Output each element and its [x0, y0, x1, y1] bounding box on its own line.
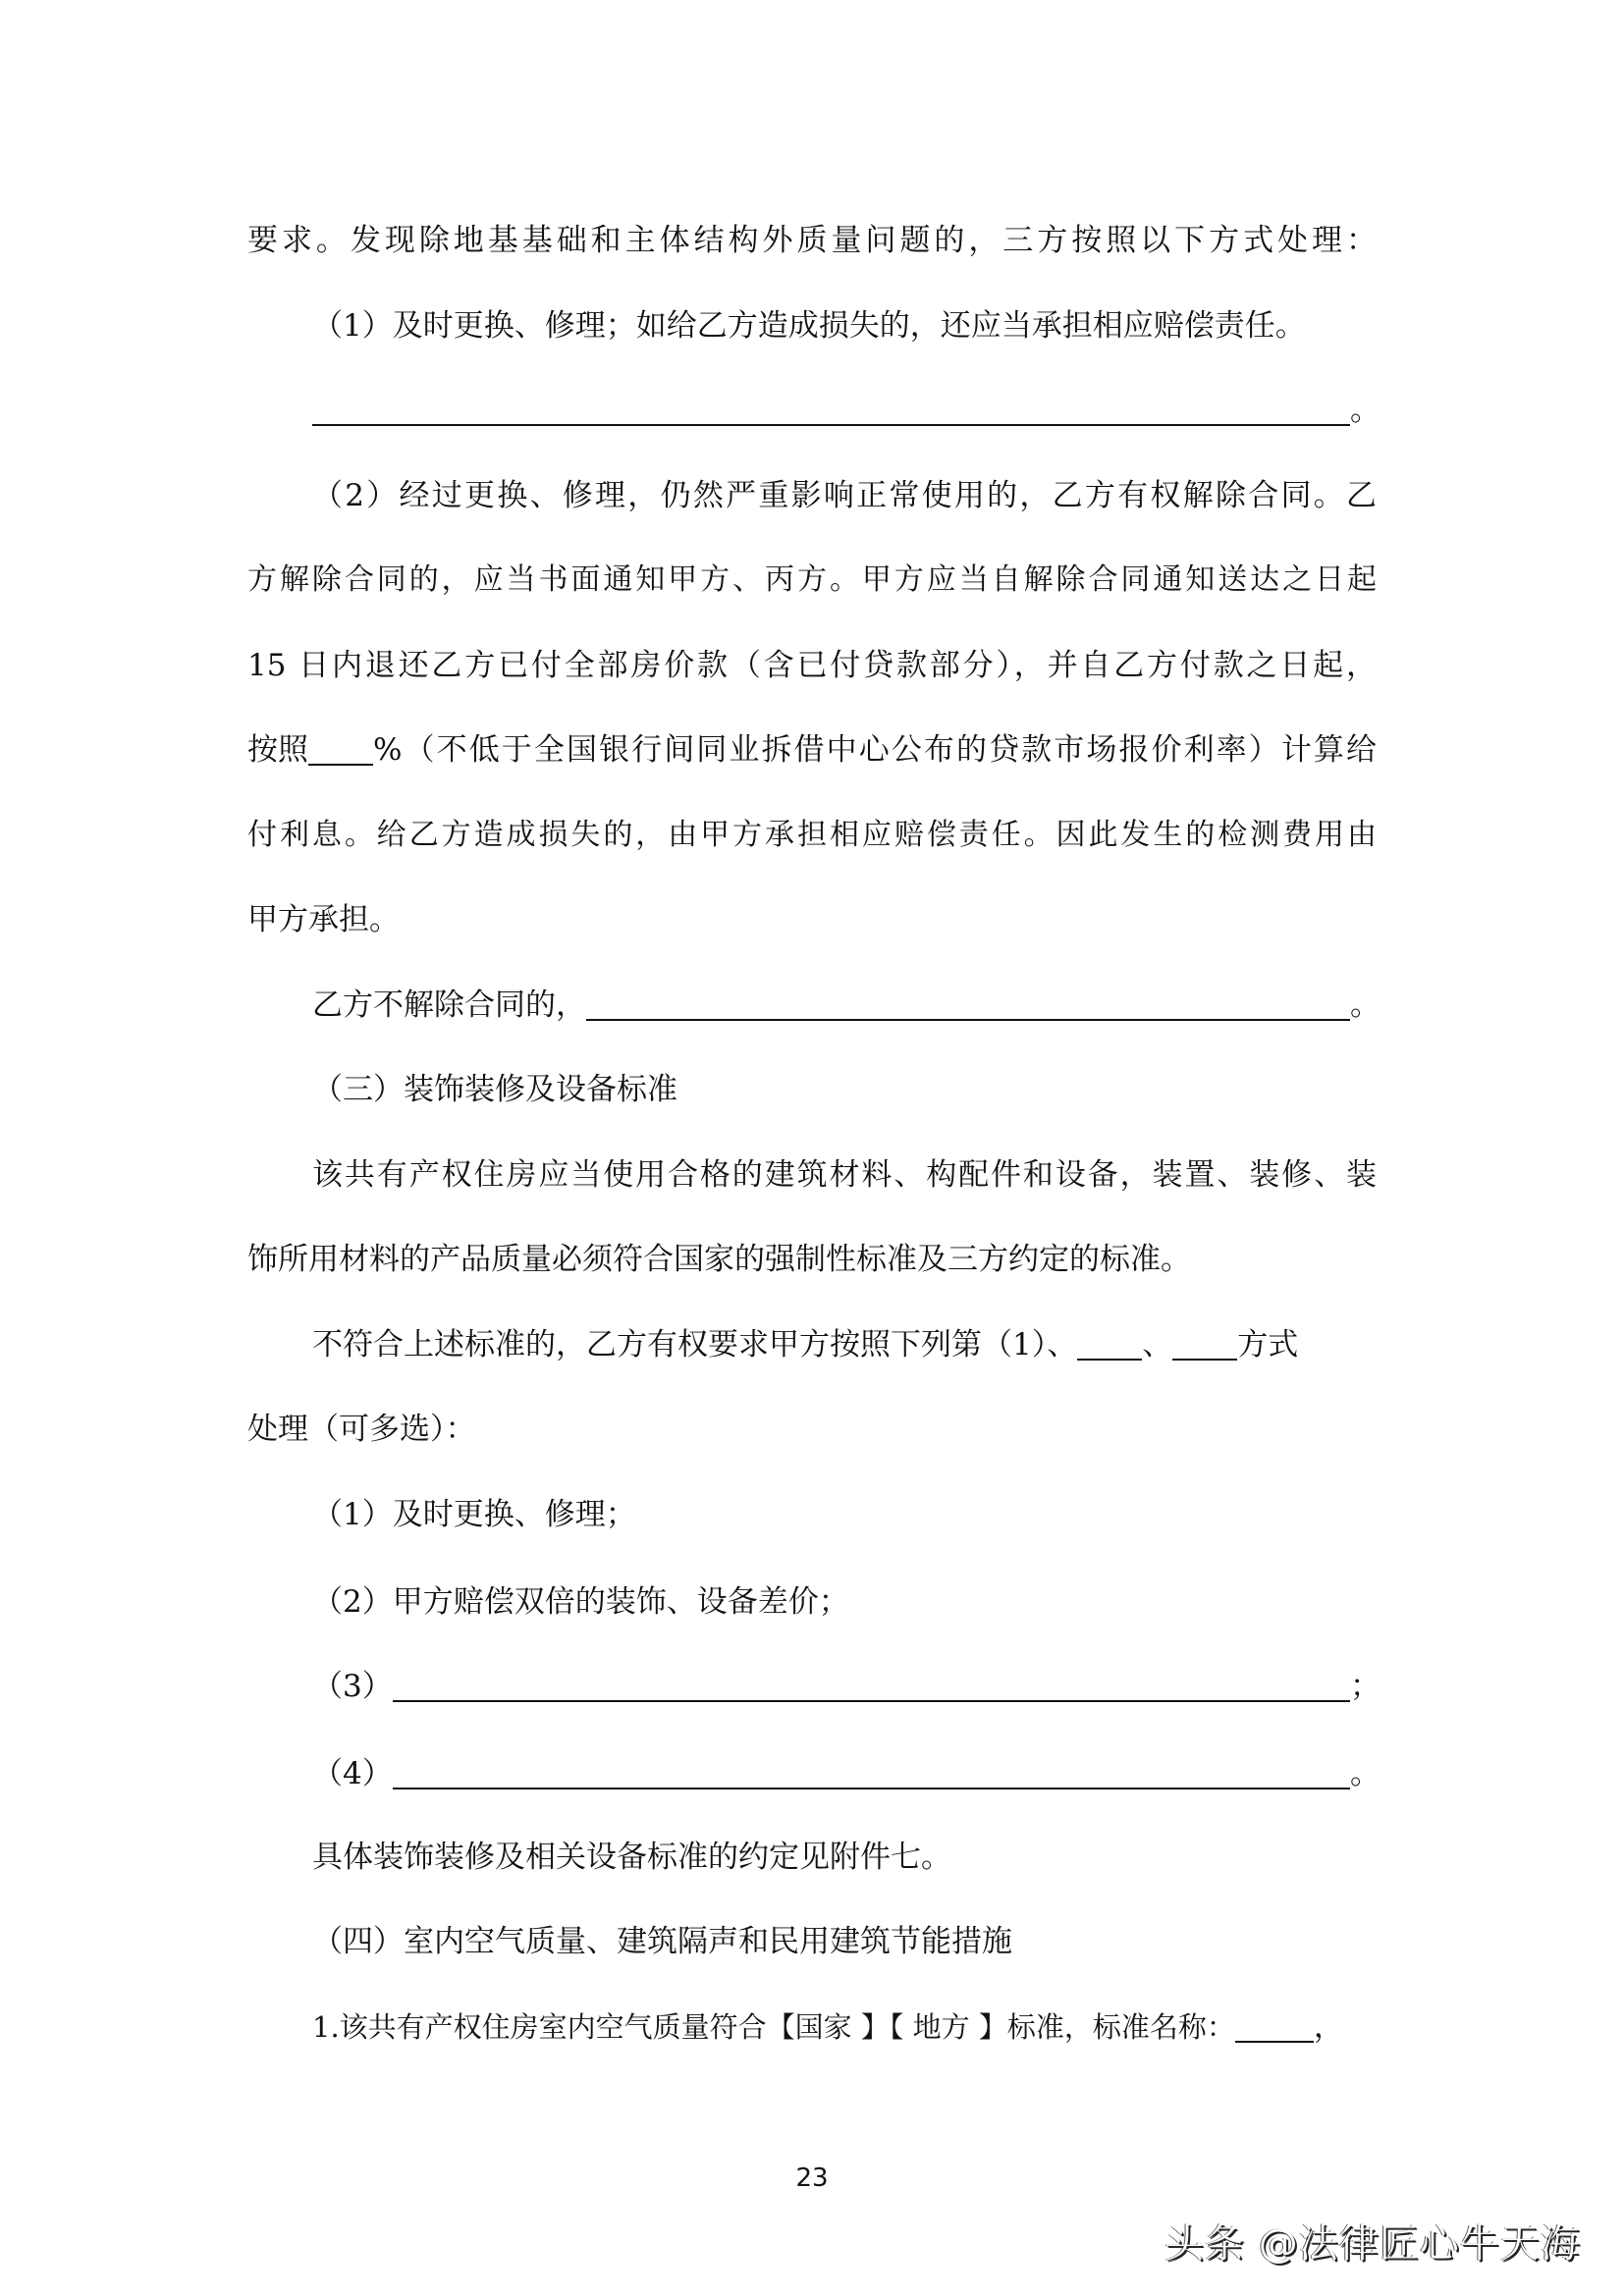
text: 不符合上述标准的，乙方有权要求甲方按照下列第（1）、 [312, 1323, 1077, 1366]
punctuation: 、 [1142, 1323, 1172, 1366]
standard-name-blank[interactable] [1235, 2007, 1314, 2043]
paragraph-line: 15 日内退还乙方已付全部房价款（含已付贷款部分），并自乙方付款之日起， [247, 644, 1377, 687]
text: （2）经过更换、修理，仍然严重影响正常使用的，乙方有权解除合同。乙 [312, 474, 1377, 517]
text: 15 日内退还乙方已付全部房价款（含已付贷款部分），并自乙方付款之日起， [247, 644, 1377, 687]
text: 方式 [1237, 1323, 1298, 1366]
option-blank-2[interactable] [1172, 1325, 1237, 1361]
text: （2）甲方赔偿双倍的装饰、设备差价； [312, 1580, 849, 1624]
text: （4） [312, 1752, 393, 1795]
punctuation: ， [1314, 2005, 1344, 2049]
option-1-line: （1）及时更换、修理； [312, 1493, 1377, 1536]
section-title: （三）装饰装修及设备标准 [312, 1068, 677, 1111]
section-title: （四）室内空气质量、建筑隔声和民用建筑节能措施 [312, 1920, 1012, 1963]
punctuation: ； [1350, 1665, 1380, 1708]
text: 甲方承担。 [247, 898, 400, 941]
interest-rate-line: 按照 %（不低于全国银行间同业拆借中心公布的贷款市场报价利率）计算给 [247, 728, 1377, 772]
text: 具体装饰装修及相关设备标准的约定见附件七。 [312, 1836, 951, 1879]
no-termination-line: 乙方不解除合同的， 。 [312, 984, 1380, 1027]
document-page: 要求。发现除地基基础和主体结构外质量问题的，三方按照以下方式处理： （1）及时更… [0, 0, 1624, 2296]
punctuation: 。 [1350, 389, 1380, 432]
paragraph-line: 付利息。给乙方造成损失的，由甲方承担相应赔偿责任。因此发生的检测费用由 [247, 814, 1377, 857]
paragraph-line: 甲方承担。 [247, 898, 1377, 941]
option-2-line: （2）甲方赔偿双倍的装饰、设备差价； [312, 1580, 1377, 1624]
section-heading-3: （三）装饰装修及设备标准 [312, 1068, 1377, 1111]
fill-in-blank[interactable] [586, 986, 1350, 1021]
watermark: 头条 @法律匠心牛天海 [1164, 2213, 1581, 2269]
fill-in-blank[interactable] [393, 1667, 1350, 1702]
text: （1）及时更换、修理；如给乙方造成损失的，还应当承担相应赔偿责任。 [312, 304, 1306, 347]
paragraph-line: 饰所用材料的产品质量必须符合国家的强制性标准及三方约定的标准。 [247, 1238, 1377, 1281]
clause-1-line: （1）及时更换、修理；如给乙方造成损失的，还应当承担相应赔偿责任。 [312, 304, 1377, 347]
text: %（不低于全国银行间同业拆借中心公布的贷款市场报价利率）计算给 [373, 728, 1377, 772]
air-quality-line: 1.该共有产权住房室内空气质量符合【国家 】【 地方 】标准，标准名称： ， [312, 2005, 1377, 2049]
text: 处理（可多选）： [247, 1408, 476, 1451]
punctuation: 。 [1350, 1752, 1380, 1795]
fill-in-blank[interactable] [393, 1754, 1350, 1789]
text: 乙方不解除合同的， [312, 984, 586, 1027]
paragraph-line: 该共有产权住房应当使用合格的建筑材料、构配件和设备，装置、装修、装 [312, 1153, 1377, 1197]
interest-rate-blank[interactable] [308, 730, 373, 766]
blank-fill-line: 。 [312, 389, 1380, 432]
text: 按照 [247, 728, 308, 772]
page-number: 23 [0, 2163, 1624, 2193]
section-heading-4: （四）室内空气质量、建筑隔声和民用建筑节能措施 [312, 1920, 1377, 1963]
paragraph-line: 具体装饰装修及相关设备标准的约定见附件七。 [312, 1836, 1377, 1879]
paragraph-line: 要求。发现除地基基础和主体结构外质量问题的，三方按照以下方式处理： [247, 219, 1377, 262]
text: 付利息。给乙方造成损失的，由甲方承担相应赔偿责任。因此发生的检测费用由 [247, 814, 1377, 857]
paragraph-line: 方解除合同的，应当书面通知甲方、丙方。甲方应当自解除合同通知送达之日起 [247, 559, 1377, 602]
options-line: 不符合上述标准的，乙方有权要求甲方按照下列第（1）、 、 方式 [312, 1323, 1377, 1366]
option-3-line: （3） ； [312, 1665, 1380, 1708]
clause-2-line: （2）经过更换、修理，仍然严重影响正常使用的，乙方有权解除合同。乙 [312, 474, 1377, 517]
option-4-line: （4） 。 [312, 1752, 1380, 1795]
text: 1.该共有产权住房室内空气质量符合【国家 】【 地方 】标准，标准名称： [312, 2005, 1235, 2049]
text: 该共有产权住房应当使用合格的建筑材料、构配件和设备，装置、装修、装 [312, 1153, 1377, 1197]
text: （1）及时更换、修理； [312, 1493, 636, 1536]
option-blank-1[interactable] [1077, 1325, 1142, 1361]
text: （3） [312, 1665, 393, 1708]
paragraph-line: 处理（可多选）： [247, 1408, 1377, 1451]
fill-in-blank[interactable] [312, 391, 1350, 426]
text: 要求。发现除地基基础和主体结构外质量问题的，三方按照以下方式处理： [247, 219, 1377, 262]
text: 饰所用材料的产品质量必须符合国家的强制性标准及三方约定的标准。 [247, 1238, 1191, 1281]
text: 方解除合同的，应当书面通知甲方、丙方。甲方应当自解除合同通知送达之日起 [247, 559, 1377, 602]
punctuation: 。 [1350, 984, 1380, 1027]
